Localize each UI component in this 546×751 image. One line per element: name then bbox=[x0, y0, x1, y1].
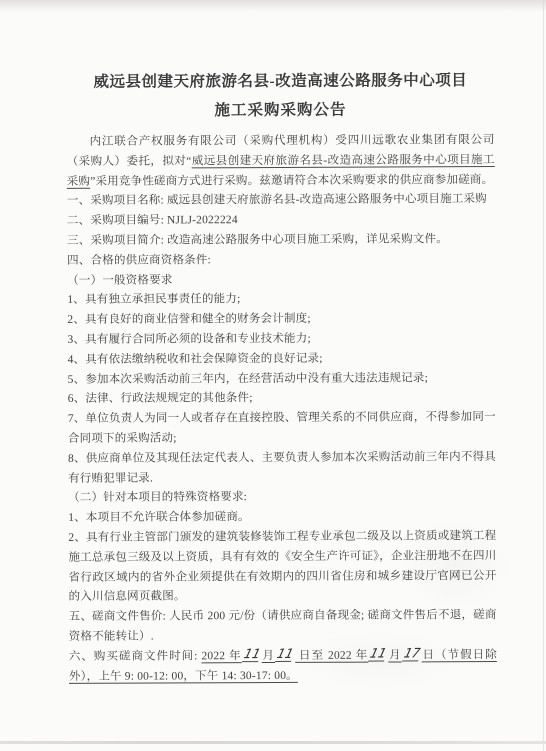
req-3: 3、具有履行合同所必须的设备和专业技术能力; bbox=[67, 329, 495, 351]
text-segment: ”采用竞争性磋商方式进行采购。兹邀请符合本次采购要求的供应商参加磋商。 bbox=[90, 174, 493, 188]
text-segment: 二、采购项目编号: NJLJ-2022224 bbox=[67, 214, 238, 227]
text-segment: 2022 年 bbox=[201, 650, 241, 662]
handwritten-value: 11 bbox=[240, 648, 263, 661]
text-segment: 3、具有履行合同所必须的设备和专业技术能力; bbox=[67, 333, 310, 346]
text-segment: 四、合格的供应商资格条件: bbox=[67, 254, 211, 267]
section-general-requirements: （一）一般资格要求 bbox=[67, 270, 495, 292]
text-segment: 6、法律、行政法规规定的其他条件; bbox=[68, 392, 253, 405]
document-body: 内江联合产权服务有限公司（采购代理机构）受四川远歌农业集团有限公司（采购人）委托… bbox=[67, 131, 497, 687]
special-2: 2、具有行业主管部门颁发的建筑装修装饰工程专业承包二级及以上资质或建筑工程施工总… bbox=[68, 527, 496, 608]
text-segment: （二）针对本项目的特殊资格要求: bbox=[68, 491, 247, 504]
text-segment: 日至 2022 年 bbox=[295, 649, 368, 661]
text-segment: 五、磋商文件售价: 人民币 200 元/份（请供应商自备现金; 磋商文件售后不退… bbox=[69, 609, 497, 643]
req-8: 8、供应商单位及其现任法定代表人、主要负责人参加本次采购活动前三年内不得具有行贿… bbox=[68, 448, 496, 489]
text-segment: （一）一般资格要求 bbox=[67, 274, 172, 286]
text-segment: 一、采购项目名称: 威远县创建天府旅游名县-改造高速公路服务中心项目施工采购 bbox=[67, 193, 487, 207]
item-purchase-time: 六、购买磋商文件时间: 2022 年11月11 日至 2022 年11月17日（… bbox=[69, 646, 497, 687]
item-project-name: 一、采购项目名称: 威远县创建天府旅游名县-改造高速公路服务中心项目施工采购 bbox=[67, 190, 495, 212]
handwritten-value: 17 bbox=[400, 647, 423, 660]
handwritten-value: 11 bbox=[273, 648, 296, 661]
text-segment: 7、单位负责人为同一人或者存在直接控股、管理关系的不同供应商，不得参加同一合同项… bbox=[68, 411, 496, 445]
text-segment: 1、具有独立承担民事责任的能力; bbox=[67, 294, 240, 307]
document-title-line2: 施工采购采购公告 bbox=[66, 100, 494, 122]
text-segment: 1、本项目不允许联合体参加磋商。 bbox=[68, 511, 250, 524]
req-7: 7、单位负责人为同一人或者存在直接控股、管理关系的不同供应商，不得参加同一合同项… bbox=[68, 408, 496, 449]
req-1: 1、具有独立承担民事责任的能力; bbox=[67, 289, 495, 311]
text-segment: 2、具有良好的商业信誉和健全的财务会计制度; bbox=[67, 313, 310, 326]
text-segment: 8、供应商单位及其现任法定代表人、主要负责人参加本次采购活动前三年内不得具有行贿… bbox=[68, 451, 496, 485]
item-project-brief: 三、采购项目简介: 改造高速公路服务中心项目施工采购，详见采购文件。 bbox=[67, 230, 495, 252]
item-qualification-header: 四、合格的供应商资格条件: bbox=[67, 250, 495, 272]
req-5: 5、参加本次采购活动前三年内，在经营活动中没有重大违法违规记录; bbox=[68, 369, 496, 391]
text-segment: 5、参加本次采购活动前三年内，在经营活动中没有重大违法违规记录; bbox=[68, 372, 428, 386]
text-segment: 三、采购项目简介: 改造高速公路服务中心项目施工采购，详见采购文件。 bbox=[67, 233, 448, 247]
scanned-page: 威远县创建天府旅游名县-改造高速公路服务中心项目 施工采购采购公告 内江联合产权… bbox=[0, 0, 546, 751]
document-sheet: 威远县创建天府旅游名县-改造高速公路服务中心项目 施工采购采购公告 内江联合产权… bbox=[0, 0, 546, 751]
item-project-number: 二、采购项目编号: NJLJ-2022224 bbox=[67, 210, 495, 232]
req-6: 6、法律、行政法规规定的其他条件; bbox=[68, 388, 496, 410]
req-4: 4、具有依法缴纳税收和社会保障资金的良好记录; bbox=[68, 349, 496, 371]
text-segment: 2、具有行业主管部门颁发的建筑装修装饰工程专业承包二级及以上资质或建筑工程施工总… bbox=[68, 530, 496, 603]
special-1: 1、本项目不允许联合体参加磋商。 bbox=[68, 507, 496, 529]
text-segment: 4、具有依法缴纳税收和社会保障资金的良好记录; bbox=[68, 353, 323, 366]
req-2: 2、具有良好的商业信誉和健全的财务会计制度; bbox=[67, 309, 495, 331]
document-title-line1: 威远县创建天府旅游名县-改造高速公路服务中心项目 bbox=[66, 71, 494, 93]
section-special-requirements: （二）针对本项目的特殊资格要求: bbox=[68, 487, 496, 509]
item-document-price: 五、磋商文件售价: 人民币 200 元/份（请供应商自备现金; 磋商文件售后不退… bbox=[69, 606, 497, 647]
handwritten-value: 11 bbox=[367, 647, 390, 660]
text-segment: 六、购买磋商文件时间: bbox=[69, 650, 202, 663]
intro-paragraph: 内江联合产权服务有限公司（采购代理机构）受四川远歌农业集团有限公司（采购人）委托… bbox=[67, 131, 495, 192]
